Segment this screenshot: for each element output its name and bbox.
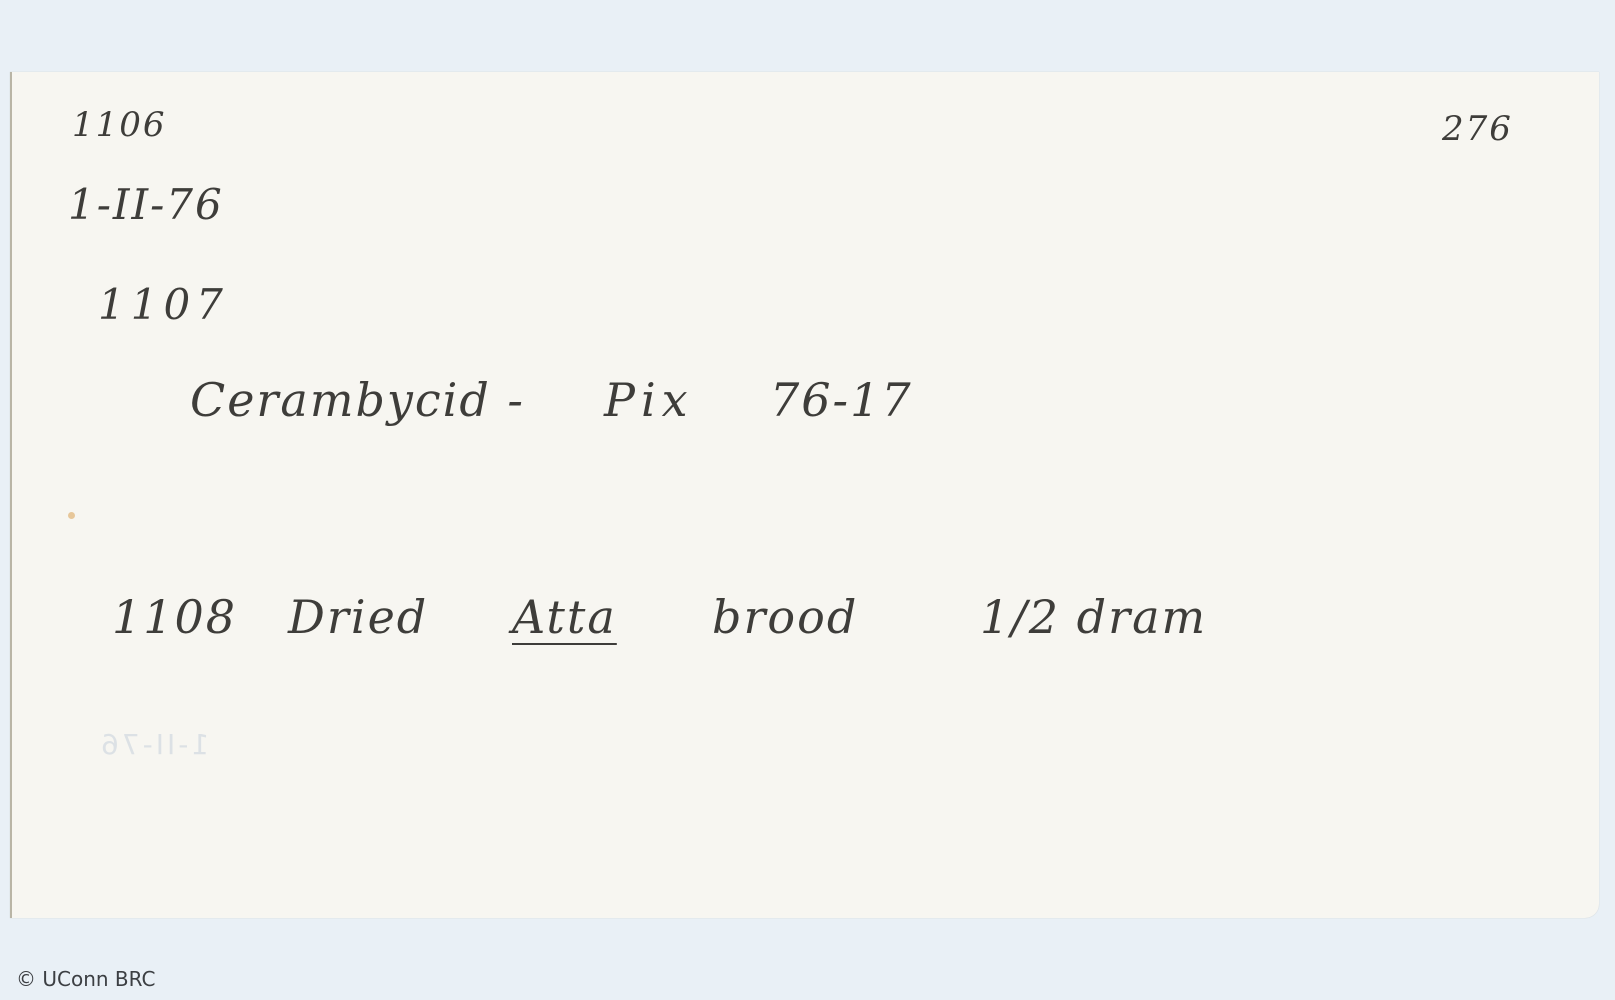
card-number-276: 276: [1442, 112, 1513, 146]
pix-code: 76-17: [770, 377, 913, 423]
bleed-through-text: 1-II-76: [98, 728, 209, 761]
copyright-watermark: © UConn BRC: [16, 967, 156, 991]
brood-label: brood: [712, 594, 858, 640]
card-number-1107: 1107: [98, 284, 229, 326]
card-number-1108: 1108: [112, 594, 237, 640]
card-date: 1-II-76: [68, 184, 224, 226]
dried-label: Dried: [288, 594, 428, 640]
genus-atta: Atta: [512, 594, 617, 640]
taxon-label: Cerambycid -: [190, 377, 525, 423]
stain-spot: [68, 512, 75, 519]
card-number-1106: 1106: [72, 108, 167, 142]
index-card: 1106 1-II-76 1107 276 Cerambycid - Pix 7…: [10, 72, 1599, 918]
quantity-label: 1/2 dram: [980, 594, 1207, 640]
pix-label: Pix: [604, 377, 694, 423]
